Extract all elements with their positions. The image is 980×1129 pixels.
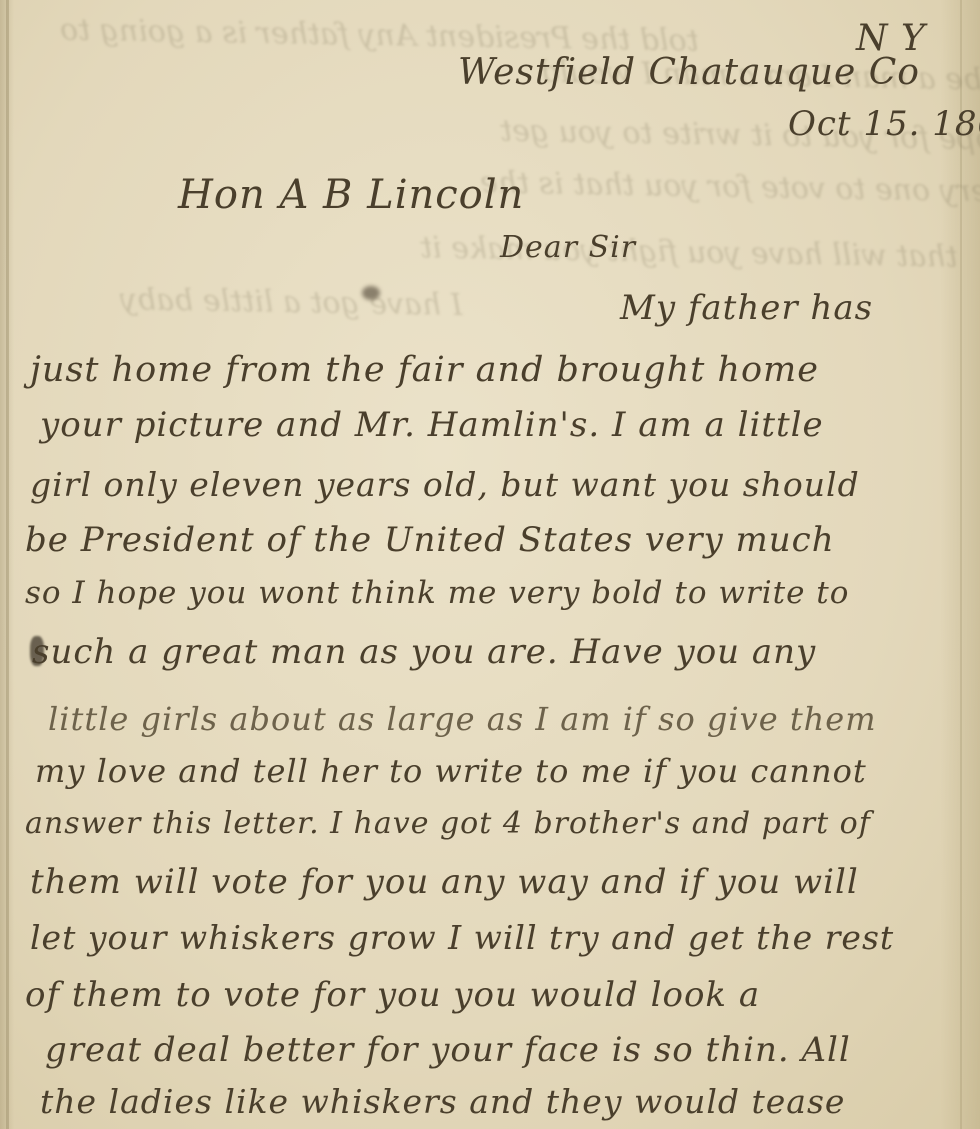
body-line: my love and tell her to write to me if y… (35, 752, 867, 790)
body-line: such a great man as you are. Have you an… (32, 632, 816, 672)
body-line: great deal better for your face is so th… (45, 1030, 851, 1070)
header-place: Westfield Chatauque Co (458, 52, 920, 93)
body-line: the ladies like whiskers and they would … (40, 1082, 845, 1121)
body-line: your picture and Mr. Hamlin's. I am a li… (40, 405, 824, 445)
body-line: of them to vote for you you would look a (25, 975, 760, 1015)
bleed-through-line: every one to vote for you that is the (480, 165, 980, 209)
letter-page: told the President Any father is a going… (0, 0, 980, 1129)
bleed-through-line: I have got a little baby (120, 282, 463, 323)
addressee: Hon A B Lincoln (178, 172, 524, 218)
body-line: let your whiskers grow I will try and ge… (30, 918, 894, 957)
body-line: answer this letter. I have got 4 brother… (25, 806, 871, 841)
body-line: just home from the fair and brought home (30, 350, 819, 390)
greeting: Dear Sir (500, 230, 636, 265)
body-line: girl only eleven years old, but want you… (30, 465, 860, 504)
body-line: little girls about as large as I am if s… (48, 700, 877, 738)
header-date: Oct 15. 1860 (788, 104, 980, 144)
ink-smudge (362, 286, 380, 300)
body-line: My father has (620, 288, 873, 328)
body-line: so I hope you wont think me very bold to… (25, 575, 849, 611)
body-line: them will vote for you any way and if yo… (30, 862, 859, 902)
paper-left-edge (6, 0, 9, 1129)
paper-right-edge (960, 0, 962, 1129)
body-line: be President of the United States very m… (25, 520, 835, 560)
